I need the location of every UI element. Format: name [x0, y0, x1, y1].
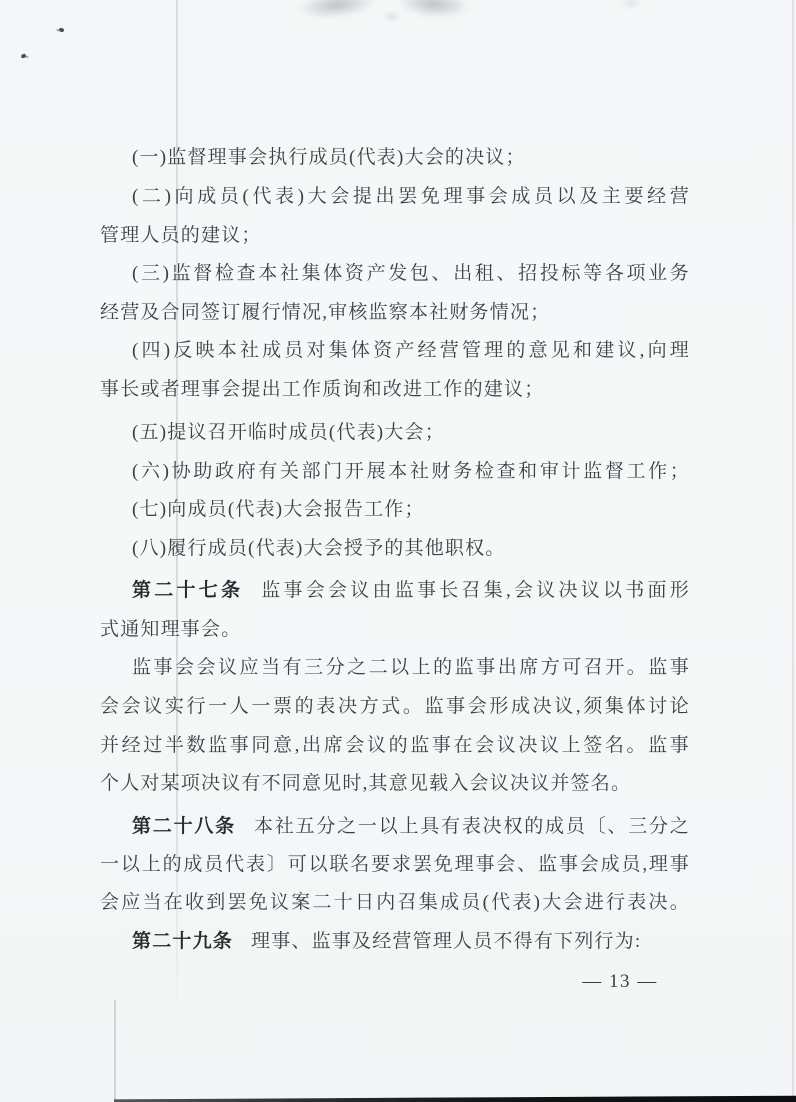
scan-speck — [58, 27, 64, 33]
line-text: 会会议实行一人一票的表决方式。监事会形成决议,须集体讨论 — [100, 696, 690, 717]
line-text: (二)向成员(代表)大会提出罢免理事会成员以及主要经营 — [132, 186, 690, 207]
document-line: 监事会会议应当有三分之二以上的监事出席方可召开。监事 — [132, 656, 690, 682]
document-line: (二)向成员(代表)大会提出罢免理事会成员以及主要经营 — [132, 185, 690, 211]
line-text: 个人对某项决议有不同意见时,其意见载入会议决议并签名。 — [100, 773, 631, 794]
scan-smudge — [383, 12, 401, 21]
document-line: 第二十八条本社五分之一以上具有表决权的成员〔、三分之 — [132, 815, 690, 841]
article-number: 第二十八条 — [132, 816, 236, 837]
line-text: 管理人员的建议； — [100, 225, 262, 246]
document-line: (七)向成员(代表)大会报告工作； — [132, 498, 690, 524]
line-text: (七)向成员(代表)大会报告工作； — [132, 499, 425, 520]
document-line: (三)监督检查本社集体资产发包、出租、招投标等各项业务 — [132, 262, 690, 288]
line-text: (五)提议召开临时成员(代表)大会； — [132, 422, 445, 443]
page-edge-shadow — [114, 1095, 796, 1102]
line-text: 监事会会议应当有三分之二以上的监事出席方可召开。监事 — [132, 657, 690, 678]
article-number: 第二十七条 — [132, 580, 243, 601]
line-text: 一以上的成员代表〕可以联名要求罢免理事会、监事会成员,理事 — [100, 854, 690, 875]
document-line: 式通知理事会。 — [100, 618, 690, 644]
line-text: 监事会会议由监事长召集,会议决议以书面形 — [261, 580, 690, 601]
document-line: (五)提议召开临时成员(代表)大会； — [132, 421, 690, 447]
line-text: 经营及合同签订履行情况,审核监察本社财务情况； — [100, 302, 550, 323]
line-text: 式通知理事会。 — [100, 619, 241, 640]
scanned-document-page: (一)监督理事会执行成员(代表)大会的决议； (二)向成员(代表)大会提出罢免理… — [0, 0, 796, 1102]
document-line: 一以上的成员代表〕可以联名要求罢免理事会、监事会成员,理事 — [100, 853, 690, 879]
document-line: 并经过半数监事同意,出席会议的监事在会议决议上签名。监事 — [100, 734, 690, 760]
scan-smudge — [297, 0, 377, 22]
page-number: — 13 — — [560, 971, 680, 993]
document-line: 第二十七条监事会会议由监事长召集,会议决议以书面形 — [132, 579, 690, 605]
document-line: 第二十九条理事、监事及经营管理人员不得有下列行为: — [132, 930, 690, 956]
document-line: 经营及合同签订履行情况,审核监察本社财务情况； — [100, 301, 690, 327]
scan-smudge — [397, 0, 471, 20]
document-line: (六)协助政府有关部门开展本社财务检查和审计监督工作； — [132, 460, 690, 486]
scan-speck — [20, 53, 26, 58]
article-number: 第二十九条 — [132, 931, 233, 952]
line-text: (六)协助政府有关部门开展本社财务检查和审计监督工作； — [132, 461, 690, 482]
document-line: 会会议实行一人一票的表决方式。监事会形成决议,须集体讨论 — [100, 695, 690, 721]
document-line: 管理人员的建议； — [100, 224, 690, 250]
line-text: 事长或者理事会提出工作质询和改进工作的建议； — [100, 379, 544, 400]
document-line: 事长或者理事会提出工作质询和改进工作的建议； — [100, 378, 690, 404]
line-text: (八)履行成员(代表)大会授予的其他职权。 — [132, 538, 506, 559]
line-text: (四)反映本社成员对集体资产经营管理的意见和建议,向理 — [132, 340, 690, 361]
line-text: 本社五分之一以上具有表决权的成员〔、三分之 — [254, 816, 690, 837]
document-line: 会应当在收到罢免议案二十日内召集成员(代表)大会进行表决。 — [100, 891, 690, 917]
page-edge-line — [792, 0, 794, 1102]
line-text: (三)监督检查本社集体资产发包、出租、招投标等各项业务 — [132, 263, 690, 284]
scan-smudge — [620, 0, 642, 8]
line-text: 会应当在收到罢免议案二十日内召集成员(代表)大会进行表决。 — [100, 892, 690, 913]
line-text: 并经过半数监事同意,出席会议的监事在会议决议上签名。监事 — [100, 735, 690, 756]
page-edge-line — [114, 1000, 116, 1102]
document-line: (一)监督理事会执行成员(代表)大会的决议； — [132, 146, 690, 172]
line-text: 理事、监事及经营管理人员不得有下列行为: — [251, 931, 641, 952]
document-line: (四)反映本社成员对集体资产经营管理的意见和建议,向理 — [132, 339, 690, 365]
document-line: (八)履行成员(代表)大会授予的其他职权。 — [132, 537, 690, 563]
document-line: 个人对某项决议有不同意见时,其意见载入会议决议并签名。 — [100, 772, 690, 798]
line-text: (一)监督理事会执行成员(代表)大会的决议； — [132, 147, 526, 168]
